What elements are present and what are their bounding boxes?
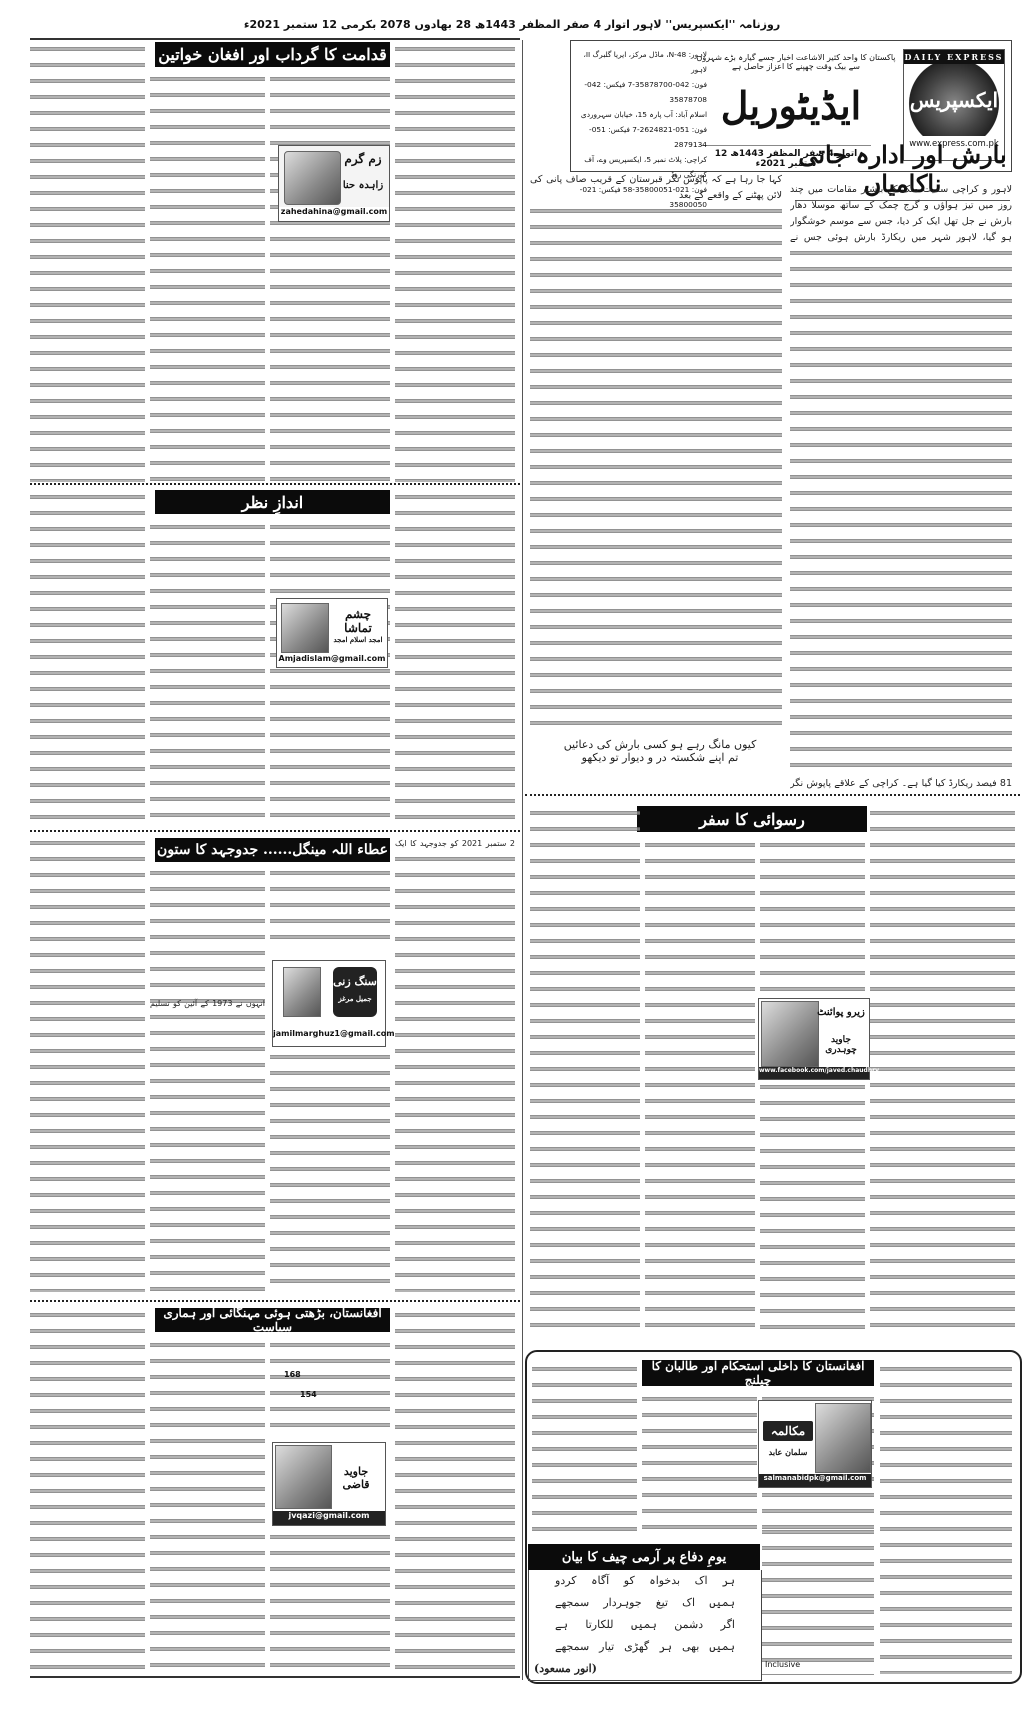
poem-word: تیار [599,1640,614,1662]
taliban-col3 [642,1392,757,1534]
address-line: فون: 051-2624821-7 فیکس: 051-2879134 [577,122,707,152]
author-email[interactable]: www.facebook.com/javed.chaudhry [759,1067,869,1079]
poem-word: کو [624,1574,635,1596]
poem-word: جوہردار [603,1596,641,1618]
mehngai-headline: افغانستان، بڑھتی ہوئی مہنگائی اور ہماری … [155,1308,390,1332]
author-email[interactable]: jamilmarghuz1@gmail.com [273,1029,385,1042]
mengal-headline: عطاء اللہ مینگل...... جدوجہد کا ستون [155,838,390,862]
poem-word: ہمیں [709,1640,735,1662]
column-name: سنگ زنی [333,967,377,988]
mehngai-col3 [150,1338,265,1676]
section-divider [30,483,520,485]
poem-word: اگر [721,1618,735,1640]
author-email[interactable]: salmanabidpk@gmail.com [759,1474,871,1487]
mengal-col2b [270,1050,390,1292]
mengal-col1 [395,852,515,1292]
taliban-col4 [532,1362,637,1534]
poem-word: کردو [555,1574,577,1596]
author-photo [281,603,329,653]
andaz-col4 [30,490,145,820]
poem-word: للکارتا [585,1618,613,1640]
ruswai-col1 [870,806,1015,1336]
qadamat-col3 [150,72,265,482]
author-name: جاوید قاضی [331,1465,381,1491]
andaz-col3 [150,520,265,820]
column-logo: سنگ زنی جمیل مرغز [333,967,377,1017]
poet-name: (انور مسعود) [534,1662,597,1675]
center-divider [522,40,523,1680]
address-line: اسلام آباد: آب پارہ 15، خیابان سہروردی [577,107,707,122]
editorial-col2-body [530,204,782,734]
mengal-date: 2 ستمبر 2021 کو جدوجہد کا ایک ستون گرگیا… [395,836,515,852]
mengal-col4 [30,836,145,1292]
poem-word: بھی [682,1640,699,1662]
poem-word: ہے [555,1618,568,1640]
editorial-poem: کیوں مانگ رہے ہو کسی بارش کی دعائیں تم ا… [560,738,760,764]
qadamat-col1 [395,42,515,482]
author-email[interactable]: Amjadislam@gmail.com [277,654,387,667]
mengal-col2 [270,866,390,946]
price-168: 168 [284,1370,301,1379]
author-photo [284,151,341,205]
andaz-col1 [395,490,515,820]
inclusive-keyword: Inclusive [765,1660,800,1669]
army-chief-headline: یومِ دفاع پر آرمی چیف کا بیان [528,1544,760,1570]
dateline: روزنامہ ''ایکسپریس'' لاہور اتوار 4 صفر ا… [0,18,1024,31]
poem-word: اک [695,1574,708,1596]
qadamat-headline: قدامت کا گرداب اور افغان خواتین [155,42,390,67]
ruswai-col4 [530,806,640,1336]
author-name: جمیل مرغز [333,988,377,1003]
taliban-headline: افغانستان کا داخلی استحکام اور طالبان کا… [642,1360,874,1386]
poem-word: دشمن [674,1618,703,1640]
poem-word: ہر [722,1574,735,1596]
address-line: فون: 042-35878700-7 فیکس: 042-35878708 [577,77,707,107]
section-divider [30,830,520,832]
logo-globe-icon: ایکسپریس [904,64,1004,136]
andaz-headline: اندازِ نظر [155,490,390,514]
author-photo [283,967,321,1017]
address-line: لاہور: 48-N، ماڈل مرکز، ایریا گلبرگ II، … [577,47,707,77]
author-name: سلمان عابد [763,1447,813,1457]
taliban-col1 [880,1362,1012,1674]
price-154: 154 [300,1390,317,1399]
editorial-col2-start: کہا جا رہا ہے کہ پاپوش نگر قبرستان کے قر… [530,172,782,204]
poem-word: بدخواہ [649,1574,680,1596]
author-name: امجد اسلام امجد [333,635,383,644]
tagline: پاکستان کا واحد کثیر الاشاعت اخبار جسے گ… [696,53,896,71]
amjad-byline: چشم تماشا امجد اسلام امجد Amjadislam@gma… [276,598,388,668]
section-divider [525,794,1020,796]
javed-byline: زیرو پوائنٹ جاوید چوہدری www.facebook.co… [758,998,870,1080]
logo-text: ایکسپریس [910,88,998,112]
page-title: ایڈیٹوریل [691,83,891,128]
author-photo [815,1403,871,1473]
salman-byline: مکالمہ سلمان عابد salmanabidpk@gmail.com [758,1400,872,1488]
bottom-rule [30,1676,520,1678]
column-name: زم گرم [341,152,385,166]
column-name: چشم تماشا [333,607,383,635]
column-name: زیرو پوائنٹ [817,1007,865,1018]
ruswai-col3 [645,838,755,1336]
poem-word: ہمیں [631,1618,657,1640]
poem-word: آگاہ [591,1574,609,1596]
author-photo [275,1445,332,1509]
jamil-byline: سنگ زنی جمیل مرغز jamilmarghuz1@gmail.co… [272,960,386,1047]
poem-word: اک [682,1596,695,1618]
zahedahina-byline: زم گرم زاہدہ حنا zahedahina@gmail.com [278,145,390,222]
author-email[interactable]: jvqazi@gmail.com [273,1511,385,1525]
poem-row: ہر اک بدخواہ کو آگاہ کردو [555,1574,735,1596]
qadamat-col2 [270,72,390,482]
editorial-lead: لاہور و کراچی سمیت ملک کے بیشتر مقامات م… [790,182,1012,246]
qazi-byline: جاوید قاضی jvqazi@gmail.com [272,1442,386,1526]
andaz-col2 [270,520,390,820]
section-divider [30,1300,520,1302]
poem-word: ہمیں [709,1596,735,1618]
poem-word: تیغ [656,1596,668,1618]
poem-row: اگر دشمن ہمیں للکارتا ہے [555,1618,735,1640]
taliban-col2c [762,1525,874,1675]
column-logo: مکالمہ [763,1421,813,1441]
poem-line: تم اپنے شکستہ در و دیوار تو دیکھو [560,751,760,764]
poem-line: کیوں مانگ رہے ہو کسی بارش کی دعائیں [560,738,760,751]
brand-label: DAILY EXPRESS [904,50,1004,64]
mengal-col3 [150,866,265,1292]
army-chief-poem: ہر اک بدخواہ کو آگاہ کردو ہمیں اک تیغ جو… [555,1574,735,1662]
poem-word: سمجھے [555,1596,589,1618]
top-rule [30,38,520,40]
ruswai-col2 [760,838,865,1008]
poem-word: سمجھے [555,1640,589,1662]
mehngai-col2b [270,1530,390,1676]
mehngai-col1 [395,1308,515,1676]
author-photo [761,1001,819,1067]
mehngai-col4 [30,1308,145,1676]
mehngai-col2 [270,1338,390,1438]
author-email[interactable]: zahedahina@gmail.com [279,207,389,221]
rain-stat-line: 81 فیصد ریکارڈ کیا گیا ہے۔ کراچی کے علاق… [790,776,1012,792]
author-name: زاہدہ حنا [341,180,385,191]
poem-row: ہمیں اک تیغ جوہردار سمجھے [555,1596,735,1618]
ruswai-col2b [760,1080,865,1336]
poem-row: ہمیں بھی ہر گھڑی تیار سمجھے [555,1640,735,1662]
poem-word: گھڑی [624,1640,649,1662]
poem-word: ہر [659,1640,672,1662]
year-1973-line: انہوں نے 1973 کے آئین کو تسلیم نہیں کیا [150,996,265,1012]
editorial-body [790,246,1012,776]
ruswai-headline: رسوائی کا سفر [637,806,867,832]
author-name: جاوید چوہدری [817,1035,865,1055]
qadamat-col4 [30,42,145,482]
